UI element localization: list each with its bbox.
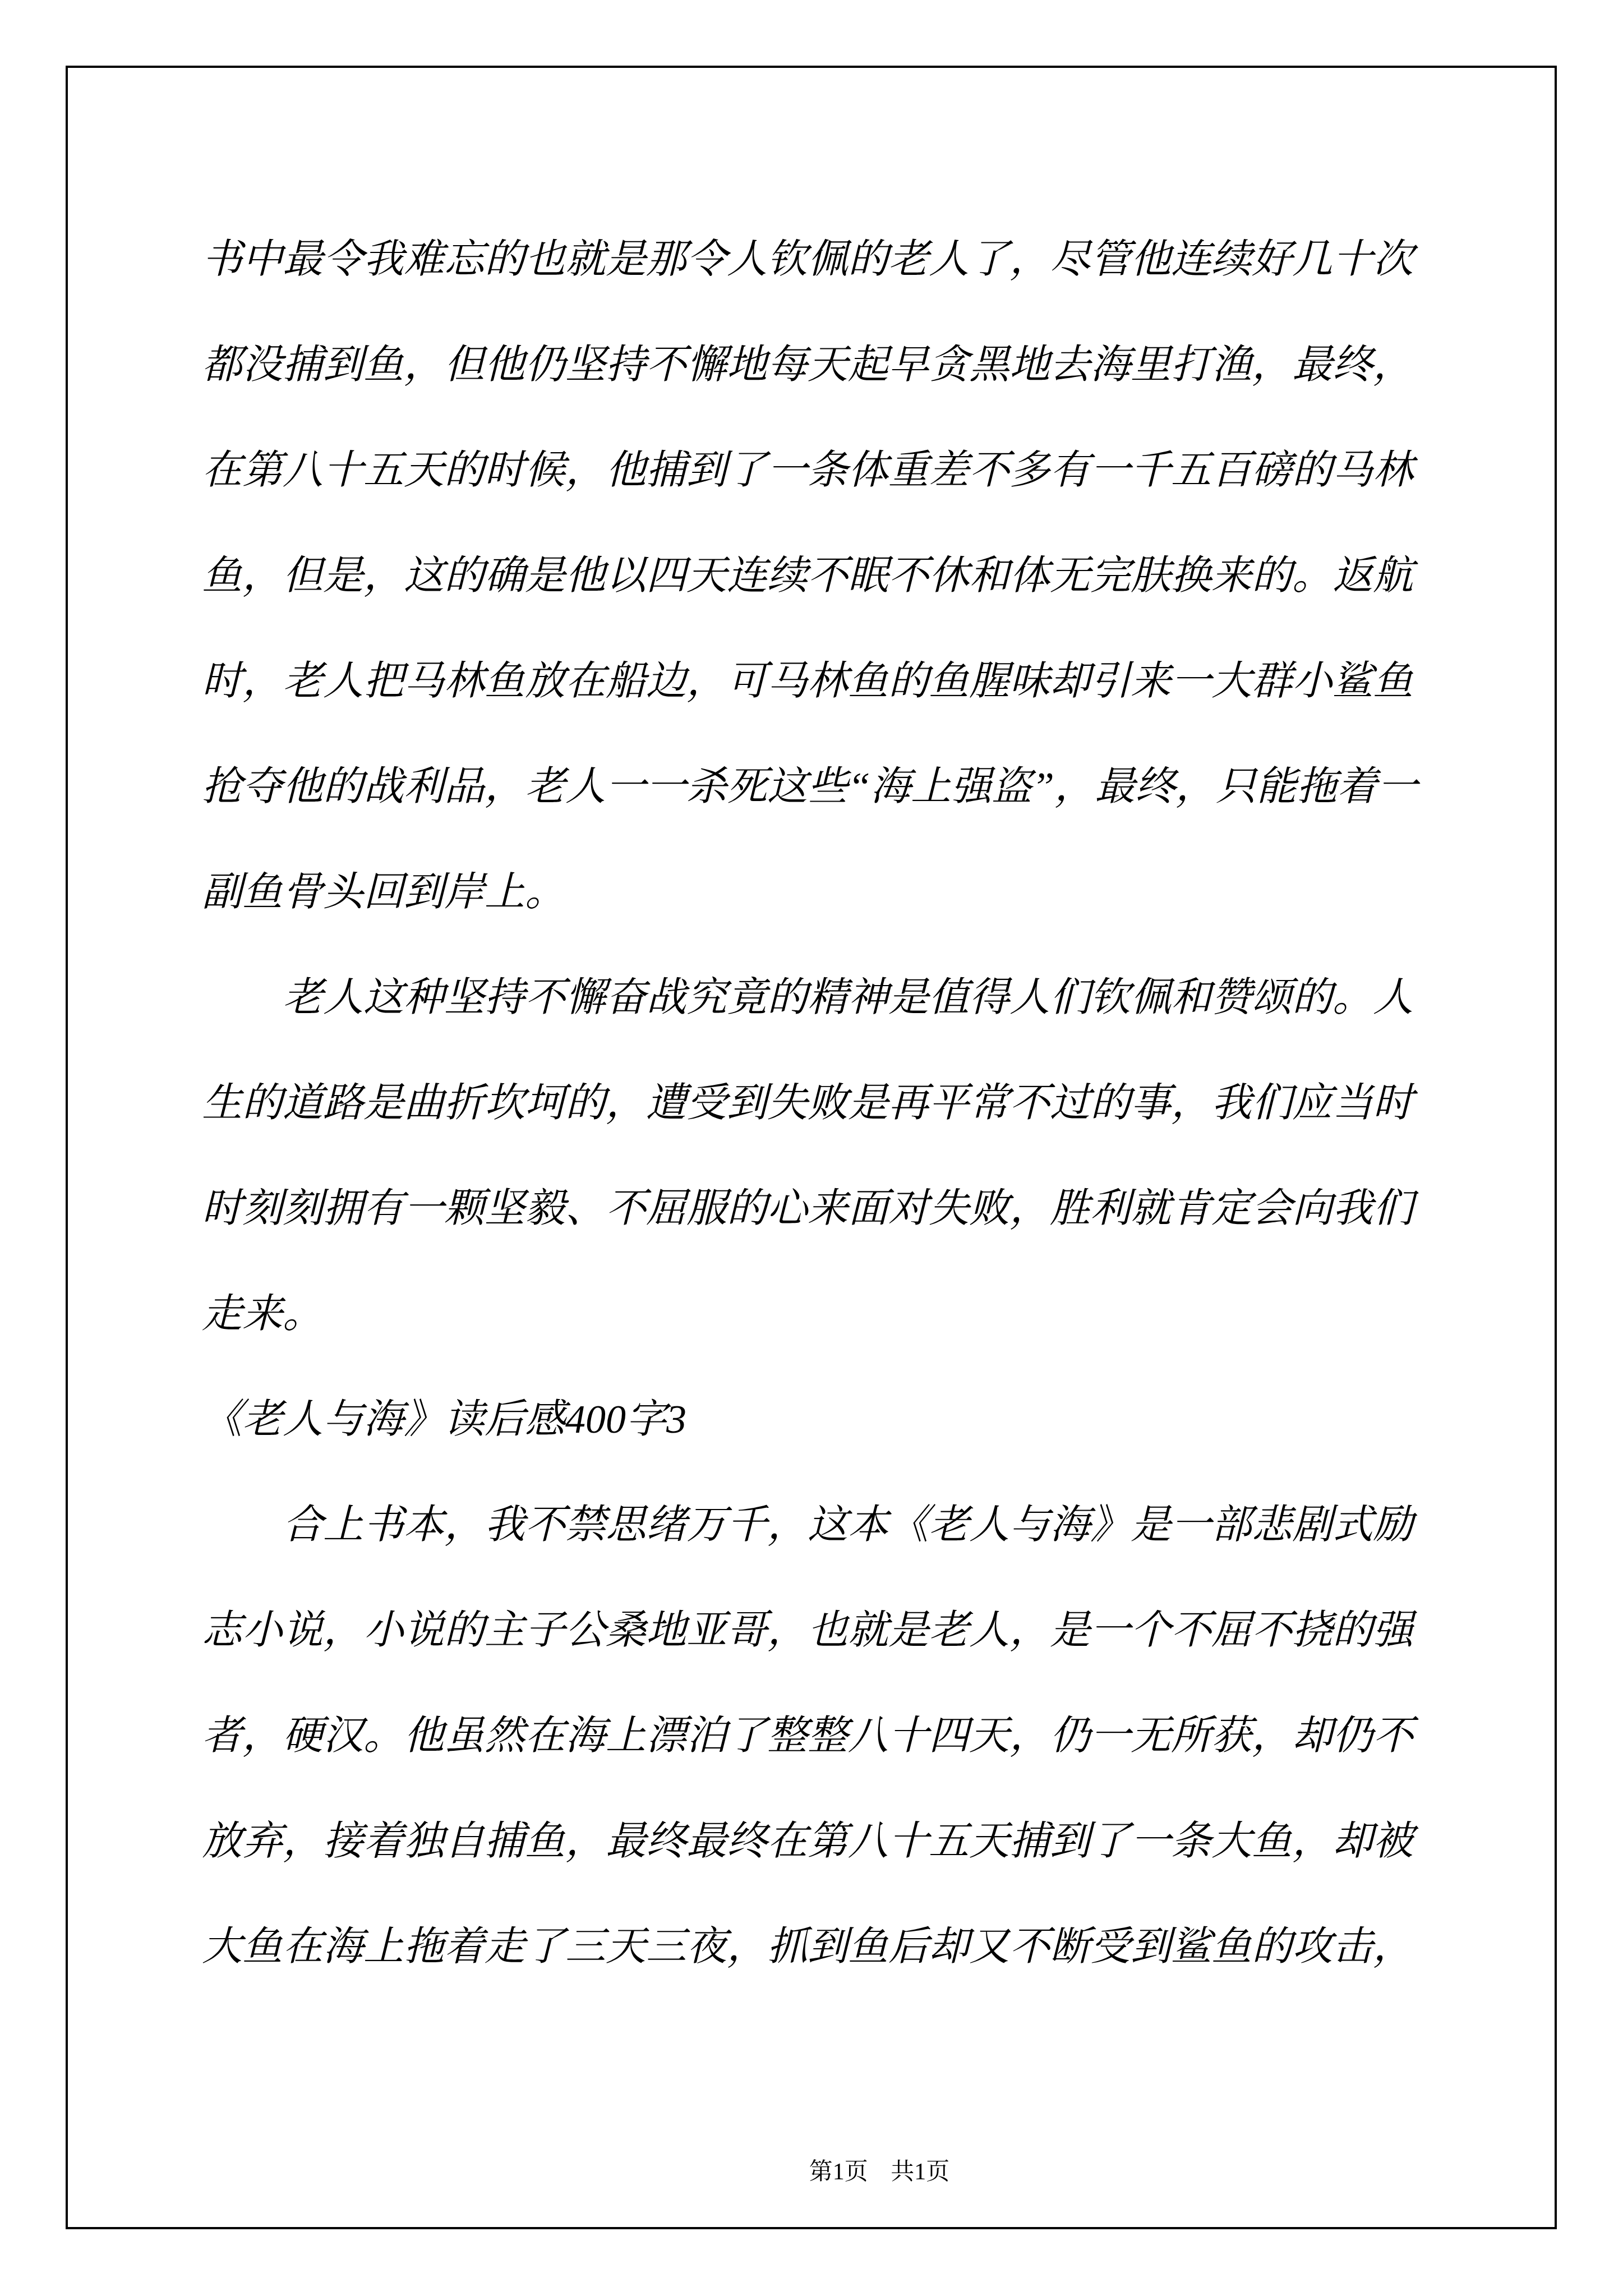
- document-page: 书中最令我难忘的也就是那令人钦佩的老人了，尽管他连续好几十次都没捕到鱼，但他仍坚…: [0, 0, 1623, 2296]
- text-line: 者，硬汉。他虽然在海上漂泊了整整八十四天，仍一无所获，却仍不: [202, 1683, 1419, 1788]
- text-line: 鱼，但是，这的确是他以四天连续不眠不休和体无完肤换来的。返航: [202, 523, 1419, 628]
- text-line: 生的道路是曲折坎坷的，遭受到失败是再平常不过的事，我们应当时: [202, 1050, 1419, 1156]
- text-line: 《老人与海》读后感400字3: [202, 1366, 1419, 1472]
- text-line: 合上书本，我不禁思绪万千，这本《老人与海》是一部悲剧式励: [202, 1472, 1419, 1577]
- document-body: 书中最令我难忘的也就是那令人钦佩的老人了，尽管他连续好几十次都没捕到鱼，但他仍坚…: [202, 206, 1419, 1999]
- text-line: 都没捕到鱼，但他仍坚持不懈地每天起早贪黑地去海里打渔，最终，: [202, 312, 1419, 417]
- text-line: 放弃，接着独自捕鱼，最终最终在第八十五天捕到了一条大鱼，却被: [202, 1788, 1419, 1894]
- text-line: 抢夺他的战利品，老人一一杀死这些“海上强盗”，最终，只能拖着一: [202, 734, 1419, 839]
- text-line: 书中最令我难忘的也就是那令人钦佩的老人了，尽管他连续好几十次: [202, 206, 1419, 312]
- text-line: 时刻刻拥有一颗坚毅、不屈服的心来面对失败，胜利就肯定会向我们: [202, 1156, 1419, 1261]
- page-number-text: 第1页 共1页: [809, 2159, 950, 2185]
- page-border-frame: 书中最令我难忘的也就是那令人钦佩的老人了，尽管他连续好几十次都没捕到鱼，但他仍坚…: [66, 66, 1557, 2229]
- text-line: 在第八十五天的时候，他捕到了一条体重差不多有一千五百磅的马林: [202, 417, 1419, 523]
- page-footer: 第1页 共1页: [68, 2132, 1555, 2212]
- text-line: 老人这种坚持不懈奋战究竟的精神是值得人们钦佩和赞颂的。人: [202, 945, 1419, 1050]
- text-line: 时，老人把马林鱼放在船边，可马林鱼的鱼腥味却引来一大群小鲨鱼: [202, 628, 1419, 734]
- text-line: 走来。: [202, 1261, 1419, 1366]
- text-line: 大鱼在海上拖着走了三天三夜，抓到鱼后却又不断受到鲨鱼的攻击，: [202, 1894, 1419, 1999]
- text-line: 副鱼骨头回到岸上。: [202, 839, 1419, 945]
- text-line: 志小说，小说的主子公桑地亚哥，也就是老人，是一个不屈不挠的强: [202, 1577, 1419, 1683]
